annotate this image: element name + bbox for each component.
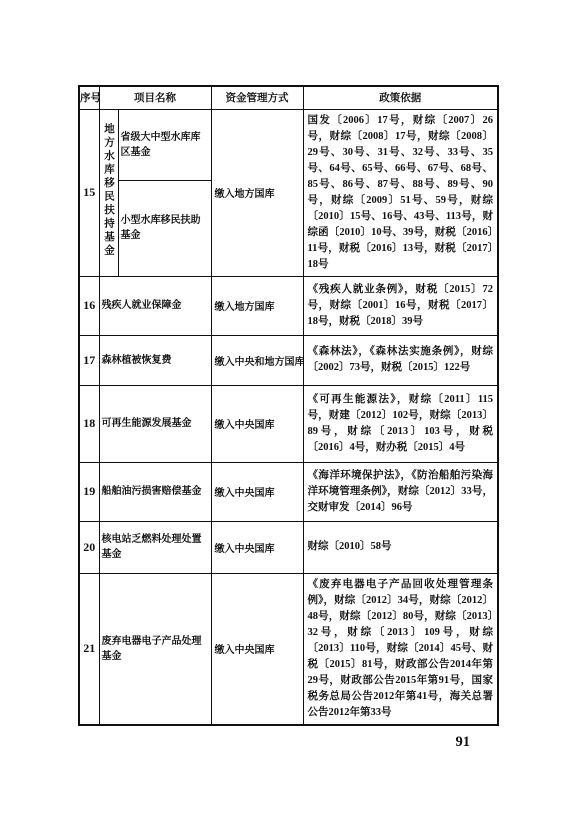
project-name-20: 核电站乏燃料处理处置基金 xyxy=(99,521,211,573)
row-index-16: 16 xyxy=(79,276,99,335)
table-header-row: 序号 项目名称 资金管理方式 政策依据 xyxy=(79,86,498,109)
sub-item-name-1: 省级大中型水库库区基金 xyxy=(118,109,211,180)
table-row-21: 21 废弃电器电子产品处理基金 缴入中央国库 《废弃电器电子产品回收处理管理条例… xyxy=(79,573,498,725)
sub-item-name-2: 小型水库移民扶助基金 xyxy=(118,180,211,276)
management-cell-20: 缴入中央国库 xyxy=(211,521,303,573)
fund-table: 序号 项目名称 资金管理方式 政策依据 15 地方水库移民扶持基金 省级大中型水… xyxy=(78,85,499,726)
table-row-19: 19 船舶油污损害赔偿基金 缴入中央国库 《海洋环境保护法》，《防治船舶污染海洋… xyxy=(79,462,498,521)
project-name-19: 船舶油污损害赔偿基金 xyxy=(99,462,211,521)
management-cell-18: 缴入中央国库 xyxy=(211,385,303,462)
project-name-16: 残疾人就业保障金 xyxy=(99,276,211,335)
row-index-17: 17 xyxy=(79,335,99,385)
row-index-20: 20 xyxy=(79,521,99,573)
management-cell-15: 缴入地方国库 xyxy=(211,109,303,276)
policy-cell-16: 《残疾人就业条例》，财税〔2015〕72号，财综〔2001〕16号，财税〔201… xyxy=(303,276,498,335)
table-row-16: 16 残疾人就业保障金 缴入地方国库 《残疾人就业条例》，财税〔2015〕72号… xyxy=(79,276,498,335)
policy-cell-19: 《海洋环境保护法》，《防治船舶污染海洋环境管理条例》，财综〔2012〕33号，交… xyxy=(303,462,498,521)
management-cell-17: 缴入中央和地方国库 xyxy=(211,335,303,385)
policy-cell-18: 《可再生能源法》，财综〔2011〕115号，财建〔2012〕102号，财综〔20… xyxy=(303,385,498,462)
table-row-18: 18 可再生能源发展基金 缴入中央国库 《可再生能源法》，财综〔2011〕115… xyxy=(79,385,498,462)
management-cell-21: 缴入中央国库 xyxy=(211,573,303,725)
document-page: 序号 项目名称 资金管理方式 政策依据 15 地方水库移民扶持基金 省级大中型水… xyxy=(0,0,570,816)
project-name-21: 废弃电器电子产品处理基金 xyxy=(99,573,211,725)
policy-cell-17: 《森林法》，《森林法实施条例》，财综〔2002〕73号，财税〔2015〕122号 xyxy=(303,335,498,385)
header-management: 资金管理方式 xyxy=(211,86,303,109)
header-policy: 政策依据 xyxy=(303,86,498,109)
group-name-vertical-text: 地方水库移民扶持基金 xyxy=(100,123,117,258)
project-name-17: 森林植被恢复费 xyxy=(99,335,211,385)
management-cell-19: 缴入中央国库 xyxy=(211,462,303,521)
page-number: 91 xyxy=(430,734,470,751)
table-row-15-sub-1: 15 地方水库移民扶持基金 省级大中型水库库区基金 缴入地方国库 国发〔2006… xyxy=(79,109,498,180)
management-cell-16: 缴入地方国库 xyxy=(211,276,303,335)
header-index: 序号 xyxy=(79,86,99,109)
row-index-15: 15 xyxy=(79,109,99,276)
row-index-21: 21 xyxy=(79,573,99,725)
row-index-19: 19 xyxy=(79,462,99,521)
project-name-18: 可再生能源发展基金 xyxy=(99,385,211,462)
header-project-name: 项目名称 xyxy=(99,86,211,109)
table-row-20: 20 核电站乏燃料处理处置基金 缴入中央国库 财综〔2010〕58号 xyxy=(79,521,498,573)
policy-cell-15: 国发〔2006〕17号，财综〔2007〕26号，财综〔2008〕17号，财综〔2… xyxy=(303,109,498,276)
policy-cell-21: 《废弃电器电子产品回收处理管理条例》，财综〔2012〕34号，财综〔2012〕4… xyxy=(303,573,498,725)
group-name-cell: 地方水库移民扶持基金 xyxy=(99,109,118,276)
policy-cell-20: 财综〔2010〕58号 xyxy=(303,521,498,573)
row-index-18: 18 xyxy=(79,385,99,462)
table-row-17: 17 森林植被恢复费 缴入中央和地方国库 《森林法》，《森林法实施条例》，财综〔… xyxy=(79,335,498,385)
